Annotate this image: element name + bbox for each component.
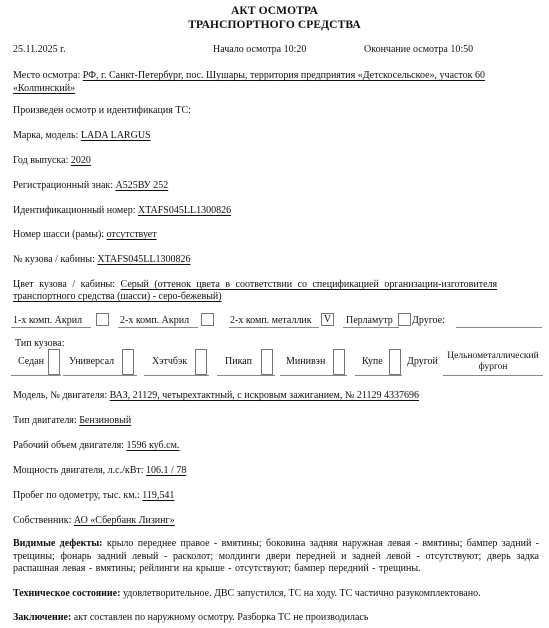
field-label: Год выпуска: [13, 155, 68, 166]
field-value: ВАЗ, 21129, четырехтактный, с искровым з… [110, 390, 419, 401]
paint-option-metallic-checkbox[interactable]: V [321, 313, 334, 326]
paint-underline [11, 327, 91, 328]
color-label: Цвет кузова / кабины: [13, 279, 115, 290]
place-value-line2: «Колпинский» [13, 83, 75, 94]
tech-label: Техническое состояние: [13, 588, 120, 599]
field-plate: Регистрационный знак: А525ВУ 252 [13, 180, 168, 191]
document-title-line2: ТРАНСПОРТНОГО СРЕДСТВА [0, 19, 549, 31]
paint-option-acryl2-label: 2-х комп. Акрил [120, 315, 189, 326]
body-type-wagon-checkbox[interactable] [122, 349, 134, 375]
paint-option-acryl1-checkbox[interactable] [96, 313, 109, 326]
color-value-line2-wrap: транспортного средства (шасси) - серо-бе… [13, 291, 222, 302]
field-label: Марка, модель: [13, 130, 78, 141]
inspection-place: Место осмотра: РФ, г. Санкт-Петербург, п… [13, 69, 539, 95]
body-type-other-label: Другой [407, 356, 438, 367]
field-label: Мощность двигателя, л.с./кВт: [13, 465, 144, 476]
color-value-line2: транспортного средства (шасси) - серо-бе… [13, 291, 222, 302]
paint-option-acryl1-label: 1-х комп. Акрил [13, 315, 82, 326]
body-type-coupe-checkbox[interactable] [389, 349, 401, 375]
body-type-underline [63, 375, 137, 376]
document-title-line1: АКТ ОСМОТРА [0, 5, 549, 17]
field-value: 106.1 / 78 [146, 465, 186, 476]
field-value: отсутствует [107, 229, 157, 240]
paint-option-pearl-checkbox[interactable] [398, 313, 411, 326]
body-type-minivan-label: Минивэн [286, 356, 325, 367]
body-type-underline [280, 375, 347, 376]
field-value: 119,541 [142, 490, 174, 501]
body-type-hatchback-checkbox[interactable] [195, 349, 207, 375]
field-engine-power: Мощность двигателя, л.с./кВт: 106.1 / 78 [13, 465, 186, 476]
field-owner: Собственник: АО «Сбербанк Лизинг» [13, 515, 175, 526]
field-vin: Идентификационный номер: XTAFS045LL13008… [13, 205, 231, 216]
tech-text: удовлетворительное. ДВС запустился, ТС н… [123, 588, 481, 599]
field-label: Тип двигателя: [13, 415, 77, 426]
body-type-other-value-line2: фургон [479, 362, 508, 372]
field-value: LADA LARGUS [81, 130, 151, 141]
body-type-underline [217, 375, 275, 376]
body-type-underline [443, 375, 543, 376]
field-value: XTAFS045LL1300826 [138, 205, 231, 216]
place-value-line1: РФ, г. Санкт-Петербург, пос. Шушары, тер… [83, 70, 485, 81]
body-type-sedan-checkbox[interactable] [48, 349, 60, 375]
field-chassis: Номер шасси (рамы): отсутствует [13, 229, 157, 240]
defects-label: Видимые дефекты: [13, 538, 102, 549]
body-type-other-value-line1: Цельнометаллический [447, 351, 538, 361]
field-label: Собственник: [13, 515, 71, 526]
body-type-underline [11, 375, 61, 376]
field-value: А525ВУ 252 [116, 180, 169, 191]
field-make-model: Марка, модель: LADA LARGUS [13, 130, 151, 141]
body-type-coupe-label: Купе [362, 356, 383, 367]
field-color: Цвет кузова / кабины: Серый (оттенок цве… [13, 278, 539, 291]
inspection-date: 25.11.2025 г. [13, 44, 66, 55]
inspection-intro: Произведен осмотр и идентификация ТС: [13, 105, 191, 116]
field-label: Идентификационный номер: [13, 205, 135, 216]
conclusion-text: акт составлен по наружному осмотру. Разб… [74, 612, 369, 623]
body-type-wagon-label: Универсал [69, 356, 114, 367]
field-label: Модель, № двигателя: [13, 390, 107, 401]
field-label: Рабочий объем двигателя: [13, 440, 124, 451]
body-type-pickup-label: Пикап [225, 356, 252, 367]
field-label: Регистрационный знак: [13, 180, 113, 191]
paint-underline [343, 327, 399, 328]
visible-defects: Видимые дефекты: крыло переднее правое -… [13, 538, 539, 576]
body-type-pickup-checkbox[interactable] [261, 349, 273, 375]
paint-other-field[interactable] [456, 327, 542, 328]
body-type-other-value: Цельнометаллический фургон [443, 351, 543, 373]
body-type-minivan-checkbox[interactable] [333, 349, 345, 375]
body-type-underline [144, 375, 209, 376]
conclusion: Заключение: акт составлен по наружному о… [13, 612, 368, 623]
paint-option-metallic-label: 2-х комп. металлик [230, 315, 312, 326]
technical-state: Техническое состояние: удовлетворительно… [13, 588, 481, 599]
field-label: Номер шасси (рамы): [13, 229, 104, 240]
field-label: Пробег по одометру, тыс. км.: [13, 490, 140, 501]
field-value: 2020 [71, 155, 91, 166]
inspection-start: Начало осмотра 10:20 [213, 44, 306, 55]
field-value: АО «Сбербанк Лизинг» [74, 515, 175, 526]
field-value: XTAFS045LL1300826 [97, 254, 190, 265]
field-body-number: № кузова / кабины: XTAFS045LL1300826 [13, 254, 190, 265]
color-value-line1: Серый (оттенок цвета в соответствии со с… [121, 279, 498, 290]
body-type-sedan-label: Седан [18, 356, 44, 367]
paint-option-acryl2-checkbox[interactable] [201, 313, 214, 326]
body-type-label: Тип кузова: [15, 338, 64, 349]
body-type-hatchback-label: Хэтчбэк [152, 356, 187, 367]
inspection-end: Окончание осмотра 10:50 [364, 44, 473, 55]
field-label: № кузова / кабины: [13, 254, 95, 265]
body-type-underline [355, 375, 402, 376]
conclusion-label: Заключение: [13, 612, 71, 623]
field-engine-volume: Рабочий объем двигателя: 1596 куб.см. [13, 440, 179, 451]
field-value: Бензиновый [79, 415, 131, 426]
field-mileage: Пробег по одометру, тыс. км.: 119,541 [13, 490, 174, 501]
paint-underline [229, 327, 319, 328]
paint-other-label: Другое: [412, 315, 445, 326]
field-value: 1596 куб.см. [126, 440, 179, 451]
field-year: Год выпуска: 2020 [13, 155, 91, 166]
place-label: Место осмотра: [13, 70, 80, 81]
field-engine-model: Модель, № двигателя: ВАЗ, 21129, четырех… [13, 390, 419, 401]
paint-underline [118, 327, 198, 328]
paint-option-pearl-label: Перламутр [346, 315, 393, 326]
field-engine-type: Тип двигателя: Бензиновый [13, 415, 131, 426]
